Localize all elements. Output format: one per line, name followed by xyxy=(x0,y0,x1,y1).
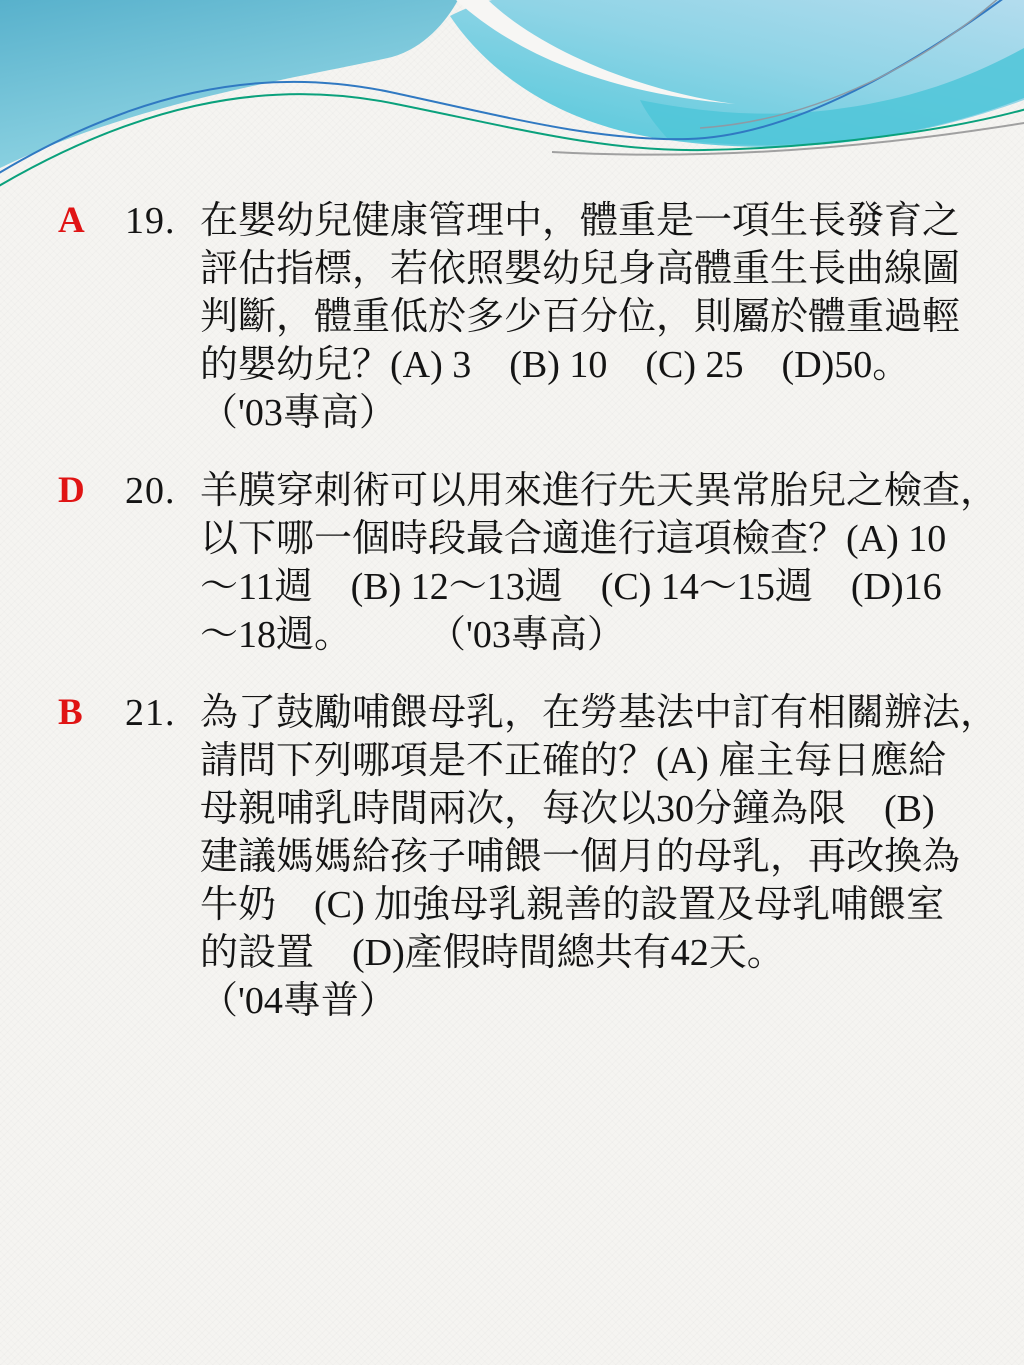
question-text-line: 以下哪一個時段最合適進行這項檢查？(A) 10 xyxy=(200,515,998,563)
question-number: 20. xyxy=(125,467,200,515)
question-text-line: 母親哺乳時間兩次，每次以30分鐘為限 (B) xyxy=(200,785,998,833)
question-text-line: 為了鼓勵哺餵母乳，在勞基法中訂有相關辦法， xyxy=(200,689,998,737)
answer-letter: B xyxy=(58,689,125,737)
question-text-line: 建議媽媽給孩子哺餵一個月的母乳，再改換為 xyxy=(200,833,998,881)
slide: A19.在嬰幼兒健康管理中，體重是一項生長發育之評估指標，若依照嬰幼兒身高體重生… xyxy=(0,0,1024,1365)
question-text-line: 判斷，體重低於多少百分位，則屬於體重過輕 xyxy=(200,293,998,341)
question-text-line: 的嬰幼兒？(A) 3 (B) 10 (C) 25 (D)50。 xyxy=(200,341,998,389)
question-text-line: 的設置 (D)產假時間總共有42天。 xyxy=(200,929,998,977)
question-number: 19. xyxy=(125,197,200,245)
question-text-line: 牛奶 (C) 加強母乳親善的設置及母乳哺餵室 xyxy=(200,881,998,929)
question-text-line: （'04專普） xyxy=(200,977,998,1025)
header-wave-decoration xyxy=(0,0,1024,215)
question-text-line: ～11週 (B) 12～13週 (C) 14～15週 (D)16 xyxy=(200,563,998,611)
question-item: B21.為了鼓勵哺餵母乳，在勞基法中訂有相關辦法，請問下列哪項是不正確的？(A)… xyxy=(58,689,998,1025)
question-text-line: 評估指標，若依照嬰幼兒身高體重生長曲線圖 xyxy=(200,245,998,293)
question-text: 羊膜穿刺術可以用來進行先天異常胎兒之檢查，以下哪一個時段最合適進行這項檢查？(A… xyxy=(200,467,998,659)
wave-svg xyxy=(0,0,1024,215)
answer-letter: D xyxy=(58,467,125,515)
question-text-line: ～18週。 （'03專高） xyxy=(200,611,998,659)
question-item: A19.在嬰幼兒健康管理中，體重是一項生長發育之評估指標，若依照嬰幼兒身高體重生… xyxy=(58,197,998,437)
question-number: 21. xyxy=(125,689,200,737)
question-text-line: 羊膜穿刺術可以用來進行先天異常胎兒之檢查， xyxy=(200,467,998,515)
question-text-line: （'03專高） xyxy=(200,389,998,437)
question-text-line: 請問下列哪項是不正確的？(A) 雇主每日應給 xyxy=(200,737,998,785)
question-text: 在嬰幼兒健康管理中，體重是一項生長發育之評估指標，若依照嬰幼兒身高體重生長曲線圖… xyxy=(200,197,998,437)
wave-shape-left xyxy=(0,0,458,168)
question-text-line: 在嬰幼兒健康管理中，體重是一項生長發育之 xyxy=(200,197,998,245)
question-list: A19.在嬰幼兒健康管理中，體重是一項生長發育之評估指標，若依照嬰幼兒身高體重生… xyxy=(58,197,998,1025)
question-text: 為了鼓勵哺餵母乳，在勞基法中訂有相關辦法，請問下列哪項是不正確的？(A) 雇主每… xyxy=(200,689,998,1025)
question-item: D20.羊膜穿刺術可以用來進行先天異常胎兒之檢查，以下哪一個時段最合適進行這項檢… xyxy=(58,467,998,659)
answer-letter: A xyxy=(58,197,125,245)
